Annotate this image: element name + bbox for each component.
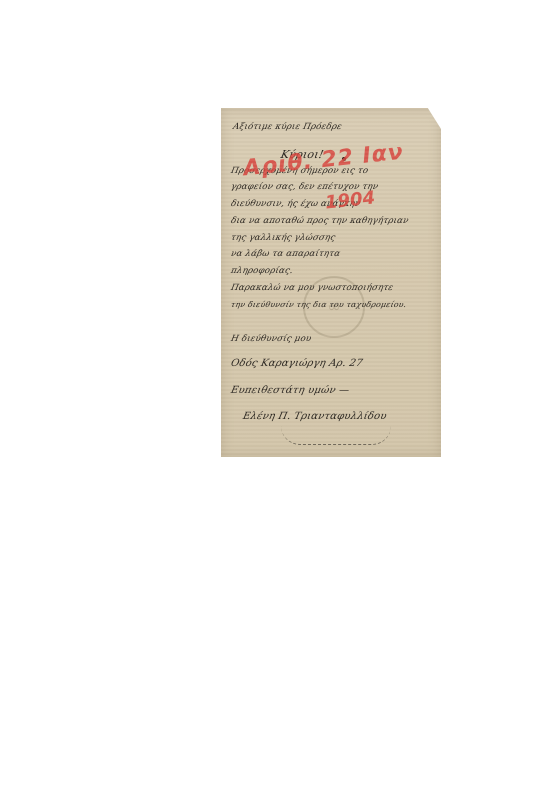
red-year-stamp: 1904 [324, 187, 376, 213]
letter-salutation: Αξιότιμε κύριε Πρόεδρε [232, 122, 343, 132]
watermark-seal-icon: ∞ [303, 276, 365, 338]
letter-line: Παρακαλώ να μου γνωστοποιήσητε [230, 283, 394, 293]
red-date-stamp: Αριθ. 22 Ιαν [242, 140, 405, 182]
address-street: Οδός Καραγιώργη Αρ. 27 [230, 358, 364, 369]
ink-blot [342, 157, 346, 161]
closing: Ευπειθεστάτη υμών — [230, 385, 351, 396]
letter-line: Προσερχομένη σήμερον εις το [230, 166, 369, 176]
letter-line: διεύθυνσιν, ής έχω ανάγκην [230, 199, 361, 209]
letter-line: γραφείον σας, δεν επέτυχον την [230, 182, 379, 192]
letter-greeting: Κύριοι! [280, 148, 325, 161]
signature: Ελένη Π. Τριανταφυλλίδου [242, 411, 388, 422]
scanned-page: ∞ Αξιότιμε κύριε Πρόεδρε Κύριοι! Προσερχ… [0, 0, 549, 800]
letter-line: πληροφορίας. [230, 266, 294, 276]
signature-flourish [281, 426, 391, 445]
letter-line: να λάβω τα απαραίτητα [230, 249, 341, 259]
letter-line: της γαλλικής γλώσσης [230, 233, 336, 243]
letter-paper: ∞ Αξιότιμε κύριε Πρόεδρε Κύριοι! Προσερχ… [221, 108, 441, 457]
address-label: Η διεύθυνσίς μου [230, 334, 312, 344]
letter-line: την διεύθυνσίν της δια του ταχυδρομείου. [230, 300, 407, 309]
letter-line: δια να αποταθώ προς την καθηγήτριαν [230, 216, 410, 226]
